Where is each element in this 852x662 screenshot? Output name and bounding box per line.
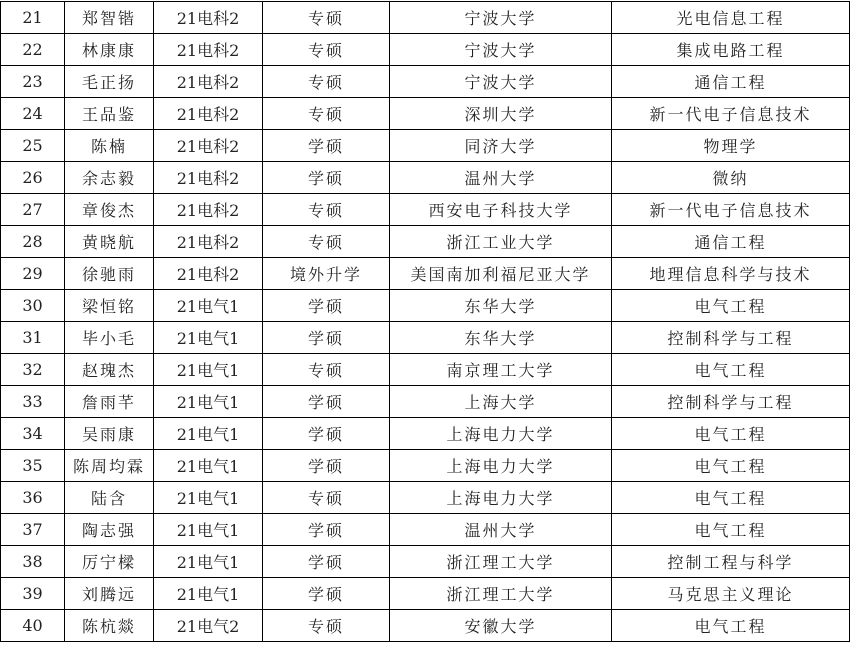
cell-class: 21电气2 <box>154 610 263 642</box>
cell-class: 21电气1 <box>154 290 263 322</box>
cell-degree-type: 专硕 <box>263 610 390 642</box>
cell-school: 浙江理工大学 <box>390 578 612 610</box>
table-row: 31 毕小毛 21电气1 学硕 东华大学 控制科学与工程 <box>1 322 850 354</box>
cell-degree-type: 学硕 <box>263 162 390 194</box>
table-row: 37 陶志强 21电气1 学硕 温州大学 电气工程 <box>1 514 850 546</box>
cell-number: 40 <box>1 610 65 642</box>
cell-number: 29 <box>1 258 65 290</box>
table-row: 30 梁恒铭 21电气1 学硕 东华大学 电气工程 <box>1 290 850 322</box>
cell-name: 王品鉴 <box>65 98 154 130</box>
cell-school: 浙江工业大学 <box>390 226 612 258</box>
cell-name: 陆含 <box>65 482 154 514</box>
cell-name: 陈周均霖 <box>65 450 154 482</box>
table-row: 36 陆含 21电气1 专硕 上海电力大学 电气工程 <box>1 482 850 514</box>
cell-school: 宁波大学 <box>390 66 612 98</box>
cell-major: 电气工程 <box>612 514 850 546</box>
table-row: 24 王品鉴 21电科2 专硕 深圳大学 新一代电子信息技术 <box>1 98 850 130</box>
table-row: 39 刘腾远 21电气1 学硕 浙江理工大学 马克思主义理论 <box>1 578 850 610</box>
cell-name: 章俊杰 <box>65 194 154 226</box>
cell-degree-type: 学硕 <box>263 514 390 546</box>
cell-degree-type: 学硕 <box>263 578 390 610</box>
cell-degree-type: 专硕 <box>263 66 390 98</box>
cell-name: 吴雨康 <box>65 418 154 450</box>
cell-name: 黄晓航 <box>65 226 154 258</box>
cell-major: 地理信息科学与技术 <box>612 258 850 290</box>
cell-degree-type: 学硕 <box>263 418 390 450</box>
cell-school: 上海电力大学 <box>390 450 612 482</box>
cell-major: 新一代电子信息技术 <box>612 194 850 226</box>
cell-school: 南京理工大学 <box>390 354 612 386</box>
cell-name: 刘腾远 <box>65 578 154 610</box>
cell-number: 26 <box>1 162 65 194</box>
table-row: 29 徐驰雨 21电科2 境外升学 美国南加利福尼亚大学 地理信息科学与技术 <box>1 258 850 290</box>
cell-class: 21电科2 <box>154 66 263 98</box>
cell-school: 温州大学 <box>390 162 612 194</box>
table-row: 21 郑智锴 21电科2 专硕 宁波大学 光电信息工程 <box>1 2 850 34</box>
table-row: 27 章俊杰 21电科2 专硕 西安电子科技大学 新一代电子信息技术 <box>1 194 850 226</box>
cell-school: 深圳大学 <box>390 98 612 130</box>
cell-school: 上海电力大学 <box>390 482 612 514</box>
cell-name: 徐驰雨 <box>65 258 154 290</box>
cell-degree-type: 专硕 <box>263 226 390 258</box>
cell-major: 电气工程 <box>612 450 850 482</box>
cell-major: 电气工程 <box>612 290 850 322</box>
cell-number: 23 <box>1 66 65 98</box>
cell-degree-type: 专硕 <box>263 354 390 386</box>
cell-degree-type: 专硕 <box>263 194 390 226</box>
cell-number: 38 <box>1 546 65 578</box>
table-row: 40 陈杭燚 21电气2 专硕 安徽大学 电气工程 <box>1 610 850 642</box>
table-row: 26 余志毅 21电科2 学硕 温州大学 微纳 <box>1 162 850 194</box>
cell-name: 赵瑰杰 <box>65 354 154 386</box>
cell-degree-type: 专硕 <box>263 98 390 130</box>
cell-class: 21电气1 <box>154 354 263 386</box>
cell-major: 电气工程 <box>612 482 850 514</box>
cell-school: 宁波大学 <box>390 34 612 66</box>
cell-number: 39 <box>1 578 65 610</box>
cell-class: 21电气1 <box>154 386 263 418</box>
cell-name: 余志毅 <box>65 162 154 194</box>
cell-class: 21电气1 <box>154 578 263 610</box>
cell-degree-type: 专硕 <box>263 482 390 514</box>
cell-number: 36 <box>1 482 65 514</box>
cell-class: 21电科2 <box>154 98 263 130</box>
cell-degree-type: 学硕 <box>263 546 390 578</box>
cell-major: 集成电路工程 <box>612 34 850 66</box>
cell-school: 温州大学 <box>390 514 612 546</box>
cell-degree-type: 学硕 <box>263 130 390 162</box>
cell-degree-type: 专硕 <box>263 2 390 34</box>
cell-number: 37 <box>1 514 65 546</box>
cell-number: 33 <box>1 386 65 418</box>
cell-name: 林康康 <box>65 34 154 66</box>
cell-major: 马克思主义理论 <box>612 578 850 610</box>
cell-major: 新一代电子信息技术 <box>612 98 850 130</box>
cell-major: 通信工程 <box>612 226 850 258</box>
cell-name: 陈楠 <box>65 130 154 162</box>
cell-number: 24 <box>1 98 65 130</box>
cell-school: 安徽大学 <box>390 610 612 642</box>
table-row: 28 黄晓航 21电科2 专硕 浙江工业大学 通信工程 <box>1 226 850 258</box>
cell-class: 21电科2 <box>154 258 263 290</box>
cell-name: 詹雨芊 <box>65 386 154 418</box>
cell-degree-type: 境外升学 <box>263 258 390 290</box>
cell-major: 控制科学与工程 <box>612 386 850 418</box>
cell-major: 光电信息工程 <box>612 2 850 34</box>
cell-school: 上海电力大学 <box>390 418 612 450</box>
cell-major: 控制科学与工程 <box>612 322 850 354</box>
table-row: 23 毛正扬 21电科2 专硕 宁波大学 通信工程 <box>1 66 850 98</box>
cell-name: 梁恒铭 <box>65 290 154 322</box>
cell-class: 21电科2 <box>154 226 263 258</box>
cell-degree-type: 专硕 <box>263 34 390 66</box>
cell-school: 同济大学 <box>390 130 612 162</box>
cell-school: 美国南加利福尼亚大学 <box>390 258 612 290</box>
cell-class: 21电气1 <box>154 546 263 578</box>
cell-degree-type: 学硕 <box>263 450 390 482</box>
table-row: 34 吴雨康 21电气1 学硕 上海电力大学 电气工程 <box>1 418 850 450</box>
cell-major: 通信工程 <box>612 66 850 98</box>
cell-class: 21电科2 <box>154 130 263 162</box>
table-row: 25 陈楠 21电科2 学硕 同济大学 物理学 <box>1 130 850 162</box>
cell-school: 宁波大学 <box>390 2 612 34</box>
table-body: 21 郑智锴 21电科2 专硕 宁波大学 光电信息工程 22 林康康 21电科2… <box>1 2 850 642</box>
cell-major: 物理学 <box>612 130 850 162</box>
admissions-table: 21 郑智锴 21电科2 专硕 宁波大学 光电信息工程 22 林康康 21电科2… <box>0 1 850 642</box>
cell-number: 35 <box>1 450 65 482</box>
cell-class: 21电科2 <box>154 162 263 194</box>
cell-number: 30 <box>1 290 65 322</box>
cell-number: 34 <box>1 418 65 450</box>
cell-class: 21电气1 <box>154 322 263 354</box>
cell-class: 21电气1 <box>154 450 263 482</box>
cell-number: 31 <box>1 322 65 354</box>
table-row: 22 林康康 21电科2 专硕 宁波大学 集成电路工程 <box>1 34 850 66</box>
table-row: 38 厉宁樑 21电气1 学硕 浙江理工大学 控制工程与科学 <box>1 546 850 578</box>
cell-class: 21电气1 <box>154 418 263 450</box>
cell-major: 控制工程与科学 <box>612 546 850 578</box>
cell-class: 21电气1 <box>154 482 263 514</box>
cell-name: 毛正扬 <box>65 66 154 98</box>
cell-degree-type: 学硕 <box>263 290 390 322</box>
cell-name: 陶志强 <box>65 514 154 546</box>
cell-name: 陈杭燚 <box>65 610 154 642</box>
cell-name: 郑智锴 <box>65 2 154 34</box>
cell-class: 21电科2 <box>154 2 263 34</box>
cell-school: 上海大学 <box>390 386 612 418</box>
cell-degree-type: 学硕 <box>263 322 390 354</box>
cell-school: 东华大学 <box>390 322 612 354</box>
cell-school: 西安电子科技大学 <box>390 194 612 226</box>
cell-name: 毕小毛 <box>65 322 154 354</box>
cell-class: 21电气1 <box>154 514 263 546</box>
cell-number: 25 <box>1 130 65 162</box>
cell-number: 28 <box>1 226 65 258</box>
table-row: 32 赵瑰杰 21电气1 专硕 南京理工大学 电气工程 <box>1 354 850 386</box>
cell-major: 电气工程 <box>612 418 850 450</box>
cell-class: 21电科2 <box>154 194 263 226</box>
cell-number: 32 <box>1 354 65 386</box>
cell-school: 东华大学 <box>390 290 612 322</box>
cell-number: 27 <box>1 194 65 226</box>
table-row: 35 陈周均霖 21电气1 学硕 上海电力大学 电气工程 <box>1 450 850 482</box>
cell-degree-type: 学硕 <box>263 386 390 418</box>
cell-number: 22 <box>1 34 65 66</box>
cell-class: 21电科2 <box>154 34 263 66</box>
cell-major: 电气工程 <box>612 610 850 642</box>
cell-name: 厉宁樑 <box>65 546 154 578</box>
cell-major: 电气工程 <box>612 354 850 386</box>
cell-number: 21 <box>1 2 65 34</box>
cell-major: 微纳 <box>612 162 850 194</box>
cell-school: 浙江理工大学 <box>390 546 612 578</box>
table-row: 33 詹雨芊 21电气1 学硕 上海大学 控制科学与工程 <box>1 386 850 418</box>
